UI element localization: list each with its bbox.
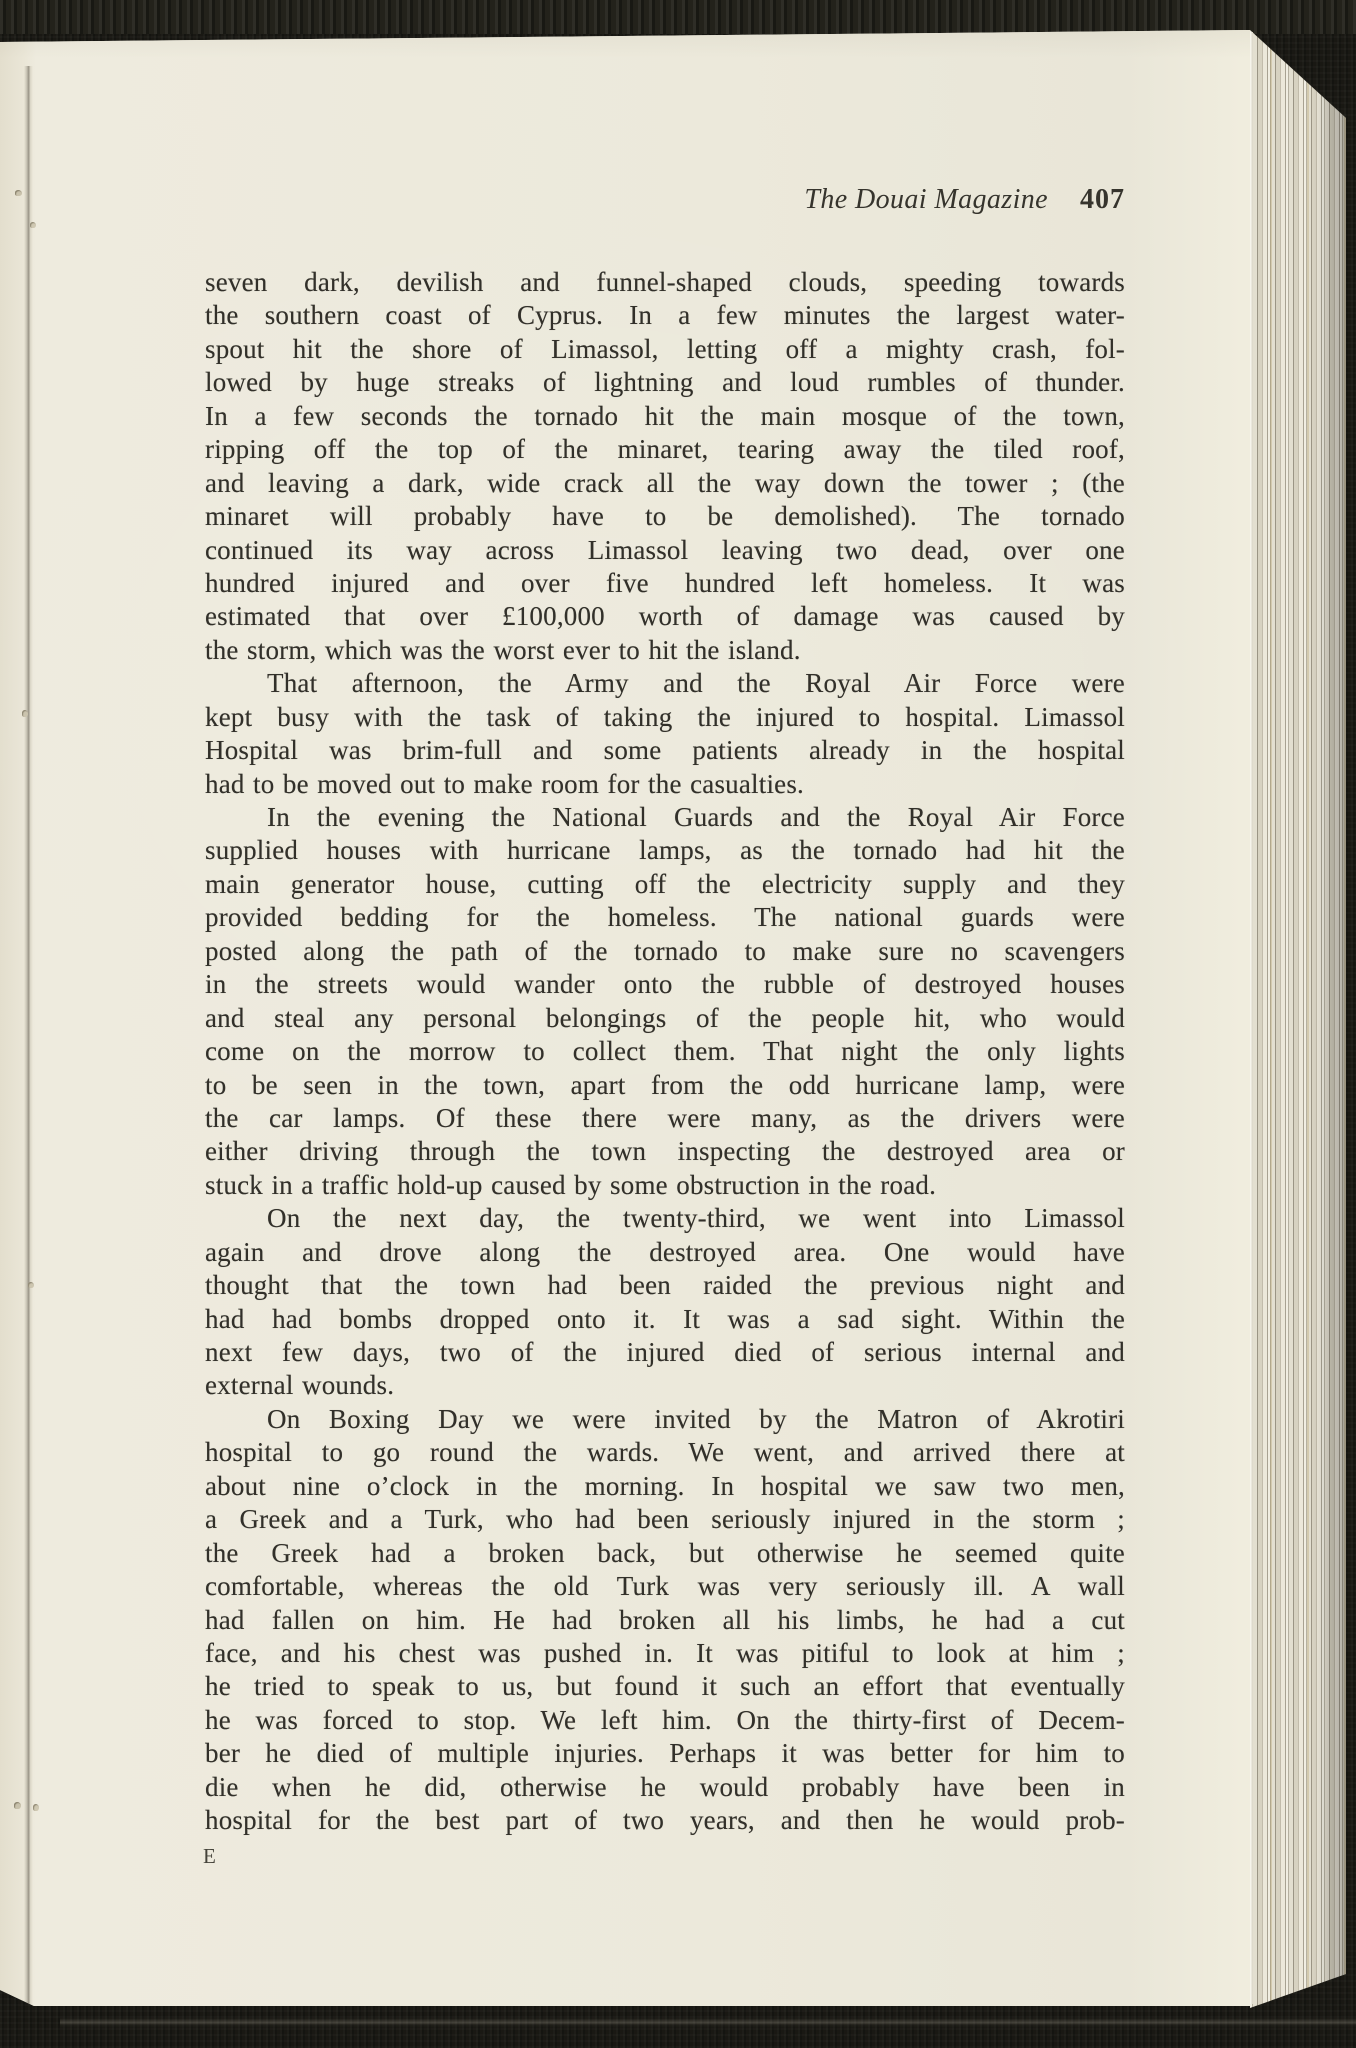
text-line: hospital to go round the wards. We went,… [205,1436,1125,1469]
text-line: face, and his chest was pushed in. It wa… [205,1637,1125,1670]
gutter-crease [24,66,33,2018]
text-line: In a few seconds the tornado hit the mai… [205,400,1125,433]
text-line: main generator house, cutting off the el… [205,868,1125,901]
text-line: either driving through the town inspecti… [205,1135,1125,1168]
text-line: thought that the town had been raided th… [205,1269,1125,1302]
book-cover-top-edge [0,0,1356,34]
text-line: lowed by huge streaks of lightning and l… [205,366,1125,399]
page-stack-fore-edges [1250,30,1346,2022]
text-line: minaret will probably have to be demolis… [205,500,1125,533]
text-line: the car lamps. Of these there were many,… [205,1102,1125,1135]
text-line: external wounds. [205,1369,1125,1402]
text-line: estimated that over £100,000 worth of da… [205,600,1125,633]
text-line: and leaving a dark, wide crack all the w… [205,467,1125,500]
text-line: spout hit the shore of Limassol, letting… [205,333,1125,366]
text-line: he tried to speak to us, but found it su… [205,1670,1125,1703]
text-line: That afternoon, the Army and the Royal A… [205,667,1125,700]
sewing-hole [22,710,28,717]
text-line: the southern coast of Cyprus. In a few m… [205,299,1125,332]
text-line: hundred injured and over five hundred le… [205,567,1125,600]
text-line: about nine o’clock in the morning. In ho… [205,1470,1125,1503]
text-line: stuck in a traffic hold-up caused by som… [205,1169,1125,1202]
text-column: seven dark, devilish and funnel-shaped c… [205,266,1125,1838]
sewing-hole [28,1282,34,1288]
text-line: again and drove along the destroyed area… [205,1236,1125,1269]
sewing-hole [33,1804,39,1811]
text-line: continued its way across Limassol leavin… [205,534,1125,567]
text-line: a Greek and a Turk, who had been serious… [205,1503,1125,1536]
signature-mark: E [203,1844,217,1869]
text-line: ber he died of multiple injuries. Perhap… [205,1737,1125,1770]
text-line: the storm, which was the worst ever to h… [205,634,1125,667]
text-line: had fallen on him. He had broken all his… [205,1604,1125,1637]
page-header: The Douai Magazine407 [205,184,1125,216]
text-line: he was forced to stop. We left him. On t… [205,1704,1125,1737]
journal-title: The Douai Magazine [804,184,1048,215]
text-line: On the next day, the twenty-third, we we… [205,1202,1125,1235]
text-line: ripping off the top of the minaret, tear… [205,433,1125,466]
text-line: and steal any personal belongings of the… [205,1002,1125,1035]
text-line: in the streets would wander onto the rub… [205,968,1125,1001]
text-line: Hospital was brim-full and some patients… [205,734,1125,767]
text-line: kept busy with the task of taking the in… [205,701,1125,734]
sewing-hole [14,1802,21,1809]
text-line: provided bedding for the homeless. The n… [205,901,1125,934]
text-line: hospital for the best part of two years,… [205,1804,1125,1837]
text-line: die when he did, otherwise he would prob… [205,1771,1125,1804]
book-cover-bottom-seam [60,2018,1356,2028]
text-line: comfortable, whereas the old Turk was ve… [205,1570,1125,1603]
page-number: 407 [1080,184,1125,215]
text-line: the Greek had a broken back, but otherwi… [205,1537,1125,1570]
text-line: On Boxing Day we were invited by the Mat… [205,1403,1125,1436]
text-line: had had bombs dropped onto it. It was a … [205,1303,1125,1336]
text-line: posted along the path of the tornado to … [205,935,1125,968]
text-line: come on the morrow to collect them. That… [205,1035,1125,1068]
text-line: supplied houses with hurricane lamps, as… [205,834,1125,867]
text-line: In the evening the National Guards and t… [205,801,1125,834]
text-line: next few days, two of the injured died o… [205,1336,1125,1369]
text-line: to be seen in the town, apart from the o… [205,1069,1125,1102]
text-line: had to be moved out to make room for the… [205,768,1125,801]
sewing-hole [30,222,36,228]
book-scan-photo: The Douai Magazine407 seven dark, devili… [0,0,1356,2048]
text-line: seven dark, devilish and funnel-shaped c… [205,266,1125,299]
sewing-hole [15,190,22,196]
